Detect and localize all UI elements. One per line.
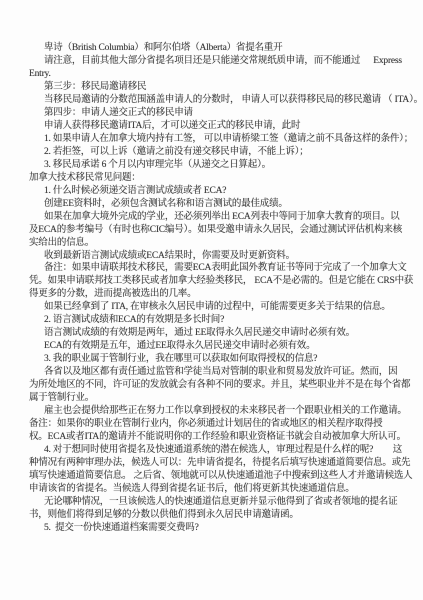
text-line: 申请人获得移民邀请ITA后，才可以递交正式的移民申请，此时 bbox=[29, 120, 397, 133]
text-line: 当移民局邀请的分数范围涵盖申请人的分数时， 申请人可以获得移民局的移民邀请 （ … bbox=[29, 94, 397, 107]
text-line: 3. 我的职业属于管制行业，我在哪里可以获取如何取得授权的信息? bbox=[29, 353, 397, 366]
text-line: 书，则他们将得到足够的分数以供他们得到永久居民申请邀请函。 bbox=[29, 509, 397, 522]
document-text-block: 卑诗（British Columbia）和阿尔伯塔（Alberta）省提名重开请… bbox=[29, 42, 397, 535]
text-line: 备注：如果你的职业在管制行业内，你必须通过计划居住的省或地区的相关程序取得授 bbox=[29, 418, 397, 431]
text-line: 1. 什么时候必须递交语言测试成绩或者 ECA? bbox=[29, 185, 397, 198]
text-line: 得更多的分数，进而提高被选出的几率。 bbox=[29, 288, 397, 301]
text-line: 申请该省的省提名。当候选人得到省提名证书后，他们将更新其快速通道信息。 bbox=[29, 483, 397, 496]
text-line: 5. 提交一份快速通道档案需要交费吗? bbox=[29, 522, 397, 535]
text-line: 第四步：申请人递交正式的移民申请 bbox=[29, 107, 397, 120]
text-line: 权。ECA或者ITA的邀请并不能说明你的工作经验和职业资格证书就会自动被加拿大所… bbox=[29, 431, 397, 444]
text-line: 2. 若拒签，可以上诉（邀请之前没有递交移民申请，不能上诉）； bbox=[29, 146, 397, 159]
text-line: 无论哪种情况，一旦该候选人的快速通道信息更新并显示他得到了省或者领地的提名证 bbox=[29, 496, 397, 509]
text-line: 备注：如果申请联邦技术移民，需要ECA表明此国外教育证书等同于完成了一个加拿大文 bbox=[29, 262, 397, 275]
text-line: 填写快速通道简要信息。 之后省、领地就可以从快速通道池子中搜索到这些人才并邀请候… bbox=[29, 470, 397, 483]
text-line: 语言测试成绩的有效期是两年，通过 EE取得永久居民递交申请时必须有效。 bbox=[29, 327, 397, 340]
text-line: 3. 移民局承诺 6 个月以内审理完毕（从递交之日算起）。 bbox=[29, 159, 397, 172]
text-line: 收到最新语言测试成绩或ECA结果时，你需要及时更新资料。 bbox=[29, 250, 397, 263]
text-line: 如果已经拿到了 ITA, 在审核永久居民申请的过程中，可能需要更多关于结果的信息… bbox=[29, 301, 397, 314]
text-line: 创建EE资料时，必须包含测试名称和语言测试的最佳成绩。 bbox=[29, 198, 397, 211]
document-page: 卑诗（British Columbia）和阿尔伯塔（Alberta）省提名重开请… bbox=[0, 0, 423, 600]
text-line: ECA的有效期是五年，通过EE取得永久居民递交申请时必须有效。 bbox=[29, 340, 397, 353]
text-line: 卑诗（British Columbia）和阿尔伯塔（Alberta）省提名重开 bbox=[29, 42, 397, 55]
text-line: 1. 如果申请人在加拿大境内持有工签， 可以申请桥梁工签（邀请之前不具备这样的条… bbox=[29, 133, 397, 146]
text-line: 2. 语言测试成绩和ECA的有效期是多长时间? bbox=[29, 314, 397, 327]
text-line: 及ECA的参考编号（有时也称CIC编号）。如果受邀申请永久居民，会通过测试评估机… bbox=[29, 224, 397, 237]
text-line: 如果在加拿大境外完成的学业，还必须列举出 ECA列表中等同于加拿大教育的项目。以 bbox=[29, 211, 397, 224]
text-line: 加拿大技术移民常见问题： bbox=[29, 172, 397, 185]
text-line: 凭。如果申请联邦技工类移民或者加拿大经验类移民， ECA不是必需的。但是它能在 … bbox=[29, 275, 397, 288]
text-line: 各省以及地区都有责任通过监管和学徒当局对管制的职业和贸易发放许可证。然而，因 bbox=[29, 366, 397, 379]
text-line: 第三步：移民局邀请移民 bbox=[29, 81, 397, 94]
text-line: Entry. bbox=[29, 68, 397, 81]
text-line: 请注意，目前其他大部分省提名项目还是只能递交常规纸质申请，而不能通过 Expre… bbox=[29, 55, 397, 68]
text-line: 实给出的信息。 bbox=[29, 237, 397, 250]
text-line: 为所处地区的不同，许可证的发放就会有各种不同的要求。并且，某些职业并不是在每个省… bbox=[29, 379, 397, 392]
text-line: 种情况有两种审理办法，候选人可以：先申请省提名，待提名后填写快速通道简要信息。或… bbox=[29, 457, 397, 470]
text-line: 雇主也会提供给那些正在努力工作以拿到授权的未来移民者一个跟职业相关的工作邀请。 bbox=[29, 405, 397, 418]
text-line: 4. 对于想同时使用省提名及快速通道系统的潜在候选人，审理过程是什么样的呢? 这 bbox=[29, 444, 397, 457]
text-line: 属于管制行业。 bbox=[29, 392, 397, 405]
